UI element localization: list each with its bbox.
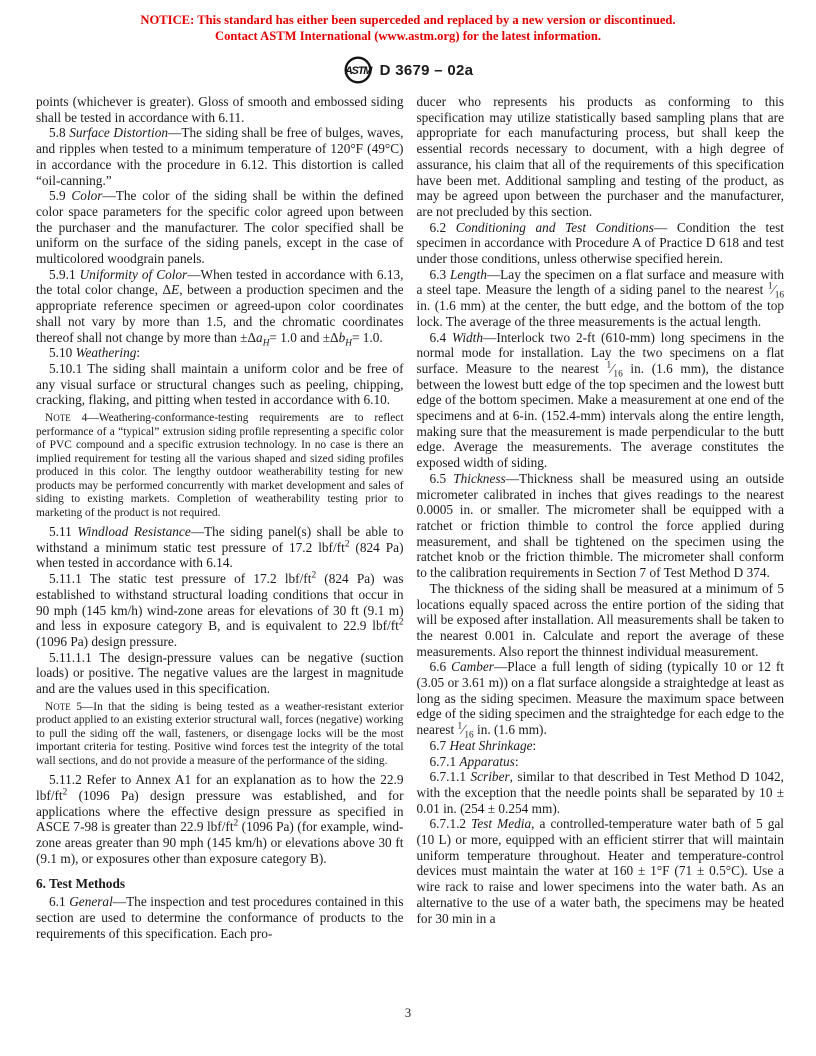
paragraph: 5.11.1.1 The design-pressure values can … [36, 650, 404, 697]
paragraph: 6.2 Conditioning and Test Conditions— Co… [417, 220, 785, 267]
note-paragraph: NOTE 4—Weathering-conformance-testing re… [36, 412, 404, 520]
paragraph: 6.3 Length—Lay the specimen on a flat su… [417, 267, 785, 330]
body-columns: points (whichever is greater). Gloss of … [0, 85, 816, 941]
note-paragraph: NOTE 5—In that the siding is being teste… [36, 701, 404, 769]
paragraph: 6.1 General—The inspection and test proc… [36, 894, 404, 941]
paragraph: The thickness of the siding shall be mea… [417, 581, 785, 660]
column-right: ducer who represents his products as con… [417, 94, 785, 941]
paragraph: 6.7.1.1 Scriber, similar to that describ… [417, 769, 785, 816]
paragraph: 5.11 Windload Resistance—The siding pane… [36, 524, 404, 571]
paragraph: 5.11.1 The static test pressure of 17.2 … [36, 571, 404, 650]
paragraph: 6.7 Heat Shrinkage: [417, 738, 785, 754]
paragraph: 6.7.1 Apparatus: [417, 754, 785, 770]
notice-banner: NOTICE: This standard has either been su… [0, 0, 816, 44]
paragraph: 5.11.2 Refer to Annex A1 for an explanat… [36, 772, 404, 866]
paragraph: 5.9 Color—The color of the siding shall … [36, 188, 404, 267]
paragraph: 6.6 Camber—Place a full length of siding… [417, 659, 785, 738]
paragraph: 6.5 Thickness—Thickness shall be measure… [417, 471, 785, 581]
section-heading: 6. Test Methods [36, 876, 404, 892]
page-number: 3 [0, 1006, 816, 1021]
astm-logo-icon: ASTM [343, 55, 373, 85]
paragraph: 5.10.1 The siding shall maintain a unifo… [36, 361, 404, 408]
document-header: ASTM D 3679 – 02a [0, 55, 816, 85]
paragraph: 6.7.1.2 Test Media, a controlled-tempera… [417, 816, 785, 926]
doc-designation: D 3679 – 02a [380, 62, 474, 79]
paragraph: 6.4 Width—Interlock two 2-ft (610-mm) lo… [417, 330, 785, 471]
paragraph: 5.8 Surface Distortion—The siding shall … [36, 125, 404, 188]
document-page: NOTICE: This standard has either been su… [0, 0, 816, 1056]
paragraph: ducer who represents his products as con… [417, 94, 785, 220]
notice-line-1: NOTICE: This standard has either been su… [0, 13, 816, 29]
paragraph: points (whichever is greater). Gloss of … [36, 94, 404, 125]
svg-text:ASTM: ASTM [343, 65, 372, 77]
paragraph: 5.9.1 Uniformity of Color—When tested in… [36, 267, 404, 346]
notice-line-2: Contact ASTM International (www.astm.org… [0, 29, 816, 45]
column-left: points (whichever is greater). Gloss of … [36, 94, 404, 941]
